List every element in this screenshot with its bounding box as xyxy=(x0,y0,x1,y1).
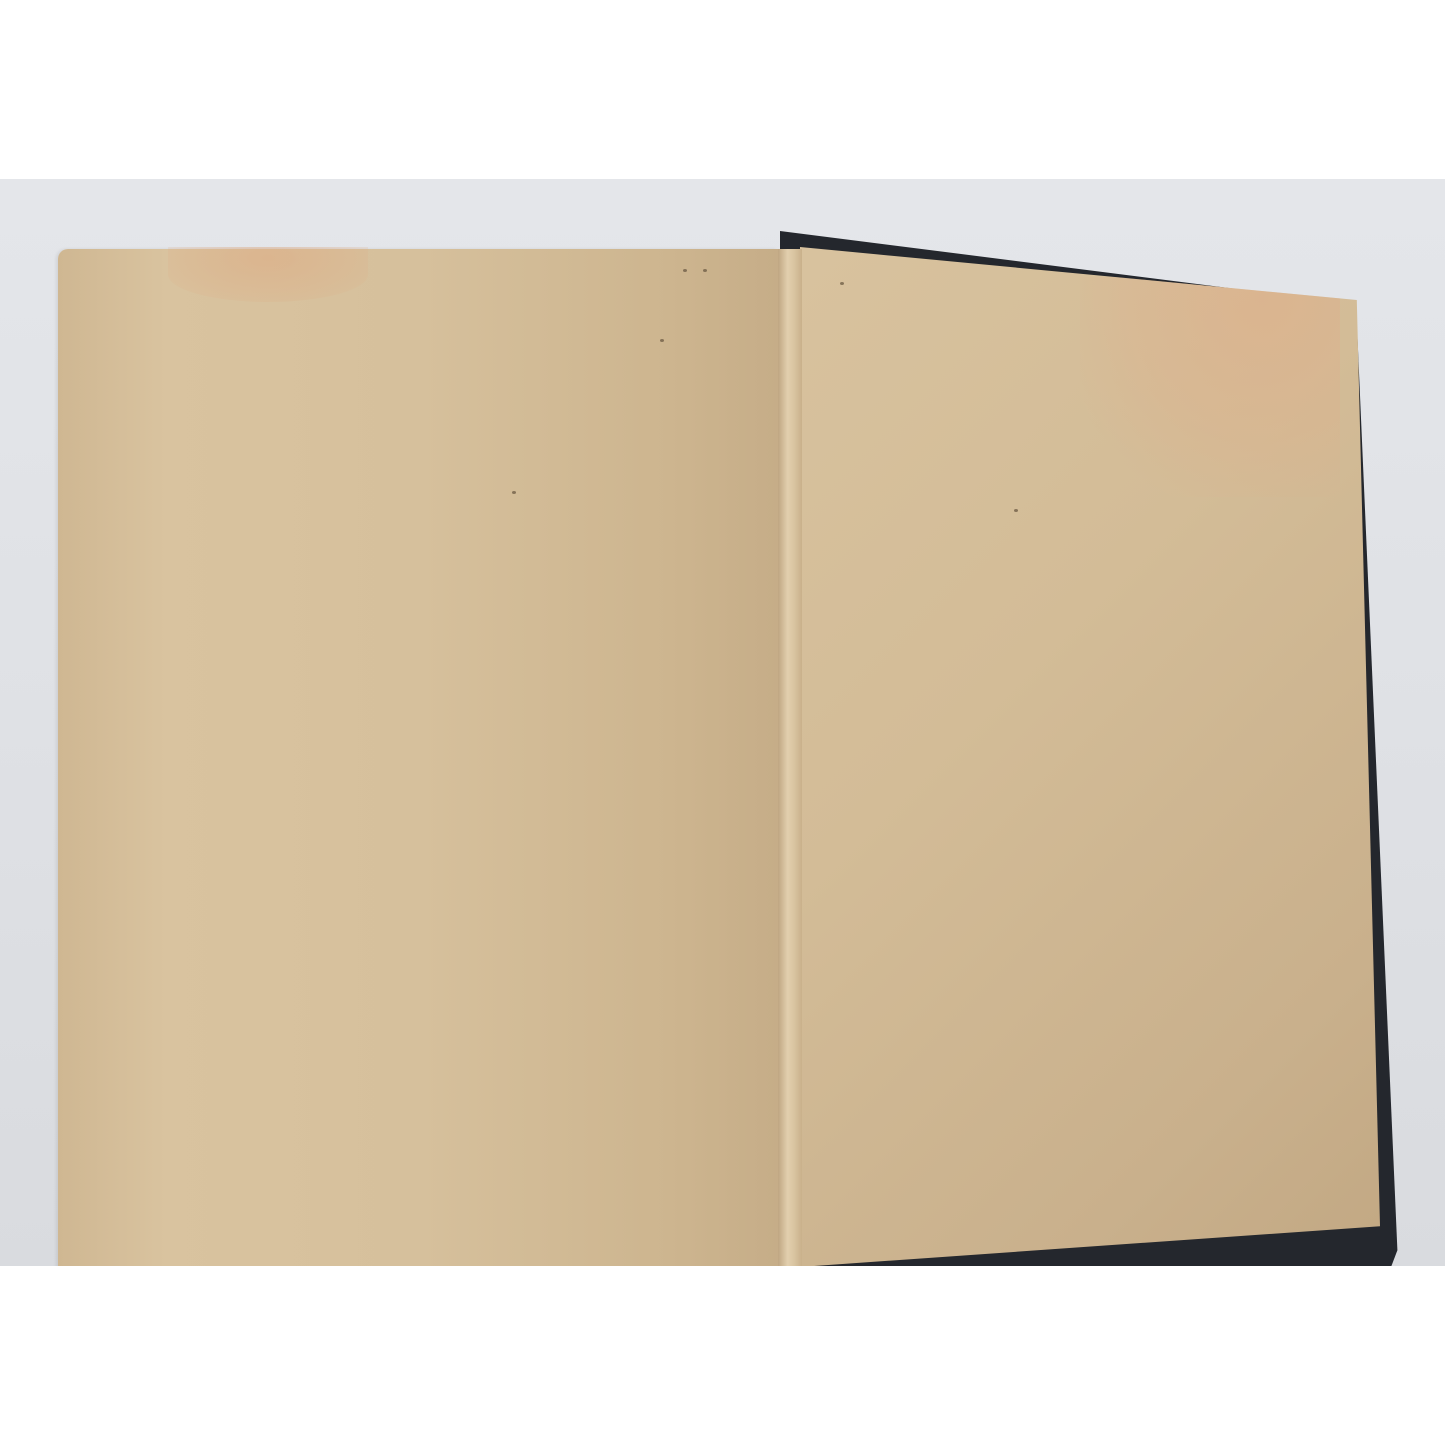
book-photo xyxy=(0,179,1445,1266)
foxing-spot xyxy=(512,491,516,494)
book-gutter xyxy=(778,249,802,1266)
foxing-spot xyxy=(1014,509,1018,512)
water-stain xyxy=(168,247,368,302)
foxing-spot xyxy=(840,282,844,285)
left-endpaper xyxy=(58,249,778,1266)
water-stain xyxy=(1080,277,1340,497)
foxing-spot xyxy=(703,269,707,272)
right-endpaper xyxy=(800,247,1380,1266)
foxing-spot xyxy=(660,339,664,342)
foxing-spot xyxy=(683,269,687,272)
